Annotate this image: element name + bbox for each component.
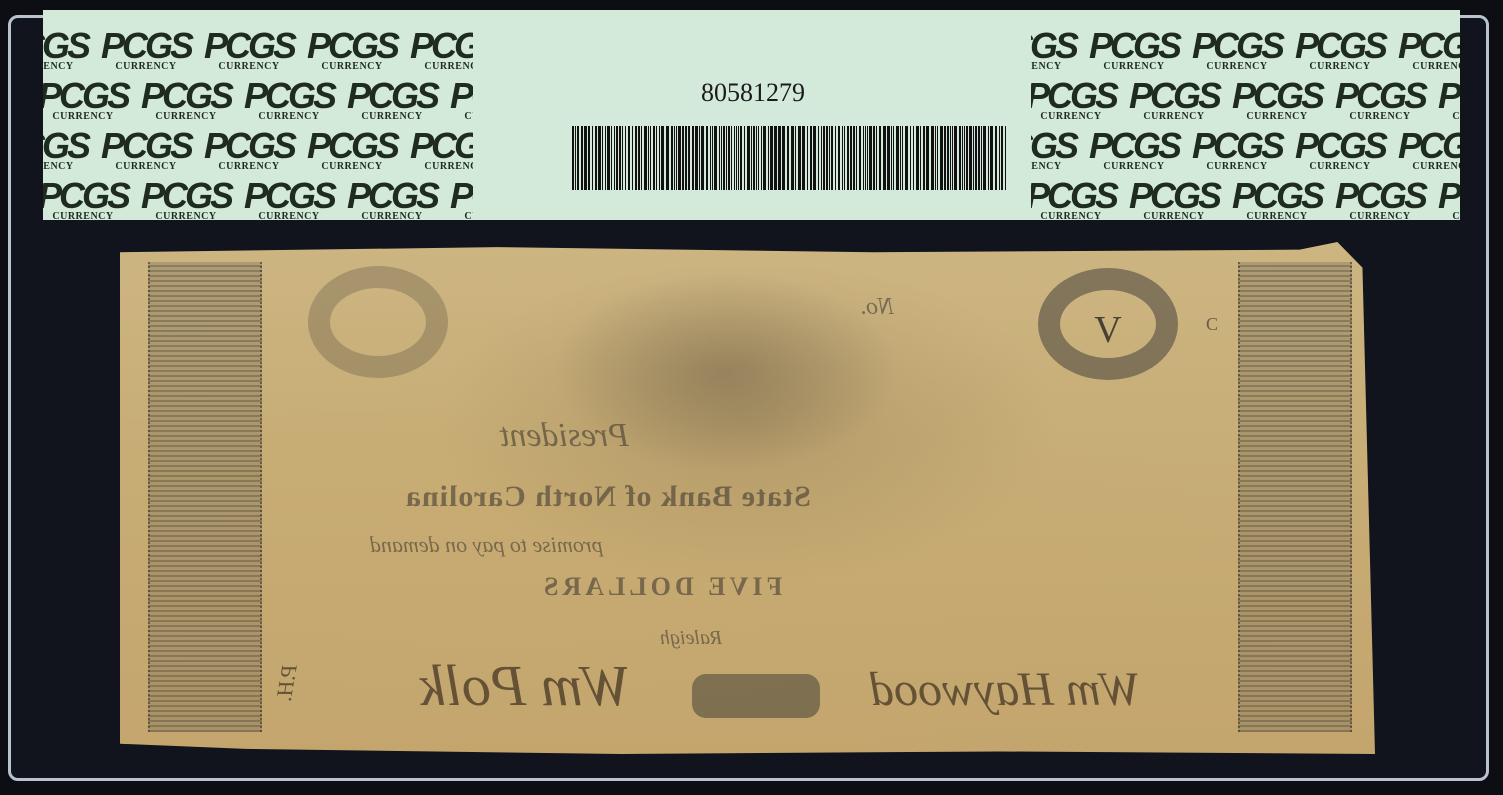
barcode [570, 126, 1010, 190]
pcgs-logo: PCGSCURRENCY [1438, 178, 1460, 220]
pcgs-logo: PCGSCURRENCY [1129, 78, 1219, 122]
pcgs-logo: PCGSCURRENCY [1129, 178, 1219, 220]
pcgs-logo: PCGSCURRENCY [1192, 28, 1282, 72]
pcgs-logo: PCGSCURRENCY [1089, 28, 1179, 72]
pcgs-logo: PCGSCURRENCY [1335, 178, 1425, 220]
president-text: President [500, 417, 629, 455]
pcgs-logo: PCGSCURRENCY [43, 28, 88, 72]
grading-label: PCGSCURRENCYPCGSCURRENCYPCGSCURRENCYPCGS… [43, 10, 1460, 220]
handwritten-mark: P.H. [271, 662, 303, 703]
pcgs-logo: PCGSCURRENCY [244, 78, 334, 122]
pcgs-logo: PCGSCURRENCY [450, 78, 473, 122]
pcgs-logo: PCGSCURRENCY [1398, 128, 1460, 172]
pcgs-logo: PCGSCURRENCY [43, 128, 88, 172]
pcgs-logo: PCGSCURRENCY [43, 78, 128, 122]
certification-number: 80581279 [573, 78, 933, 108]
pcgs-logo: PCGSCURRENCY [141, 78, 231, 122]
pcgs-logo: PCGSCURRENCY [410, 128, 473, 172]
pcgs-logo: PCGSCURRENCY [1335, 78, 1425, 122]
pcgs-logo: PCGSCURRENCY [307, 128, 397, 172]
pcgs-logo: PCGSCURRENCY [1031, 78, 1116, 122]
pcgs-logo: PCGSCURRENCY [101, 28, 191, 72]
pcgs-logo: PCGSCURRENCY [347, 78, 437, 122]
pcgs-logo: PCGSCURRENCY [1295, 28, 1385, 72]
pcgs-logo: PCGSCURRENCY [1031, 28, 1076, 72]
pcgs-logo: PCGSCURRENCY [347, 178, 437, 220]
denomination-text: FIVE DOLLARS [540, 572, 782, 602]
pcgs-logo: PCGSCURRENCY [1232, 178, 1322, 220]
logo-pattern-right: PCGSCURRENCYPCGSCURRENCYPCGSCURRENCYPCGS… [1031, 10, 1460, 220]
end-panel-right [1238, 262, 1352, 732]
promise-text: promise to pay on demand [370, 532, 603, 558]
pcgs-logo: PCGSCURRENCY [1192, 128, 1282, 172]
pcgs-logo: PCGSCURRENCY [141, 178, 231, 220]
banknote: V No. President State Bank of North Caro… [120, 242, 1375, 754]
pcgs-logo: PCGSCURRENCY [450, 178, 473, 220]
denomination-oval-left [308, 266, 448, 378]
signature-right: Wm Haywood [870, 662, 1141, 717]
pcgs-logo: PCGSCURRENCY [204, 28, 294, 72]
pcgs-logo: PCGSCURRENCY [1089, 128, 1179, 172]
serial-prefix: No. [860, 294, 894, 321]
pcgs-logo: PCGSCURRENCY [1438, 78, 1460, 122]
signature-left: Wm Polk [420, 652, 631, 719]
denomination-tablet [692, 674, 820, 718]
pcgs-logo: PCGSCURRENCY [1031, 178, 1116, 220]
pcgs-logo: PCGSCURRENCY [244, 178, 334, 220]
pcgs-logo: PCGSCURRENCY [1031, 128, 1076, 172]
pcgs-logo: PCGSCURRENCY [101, 128, 191, 172]
denomination-numeral: V [1060, 308, 1156, 352]
pcgs-logo: PCGSCURRENCY [204, 128, 294, 172]
issuer-text: State Bank of North Carolina [405, 480, 811, 514]
denomination-oval-right: V [1038, 268, 1178, 380]
pcgs-logo: PCGSCURRENCY [1295, 128, 1385, 172]
pcgs-logo: PCGSCURRENCY [1232, 78, 1322, 122]
pcgs-logo: PCGSCURRENCY [1398, 28, 1460, 72]
pcgs-logo: PCGSCURRENCY [410, 28, 473, 72]
pcgs-logo: PCGSCURRENCY [43, 178, 128, 220]
place-text: Raleigh [660, 627, 722, 650]
corner-letter: C [1206, 314, 1218, 335]
end-panel-left [148, 262, 262, 732]
logo-pattern-left: PCGSCURRENCYPCGSCURRENCYPCGSCURRENCYPCGS… [43, 10, 473, 220]
pcgs-logo: PCGSCURRENCY [307, 28, 397, 72]
